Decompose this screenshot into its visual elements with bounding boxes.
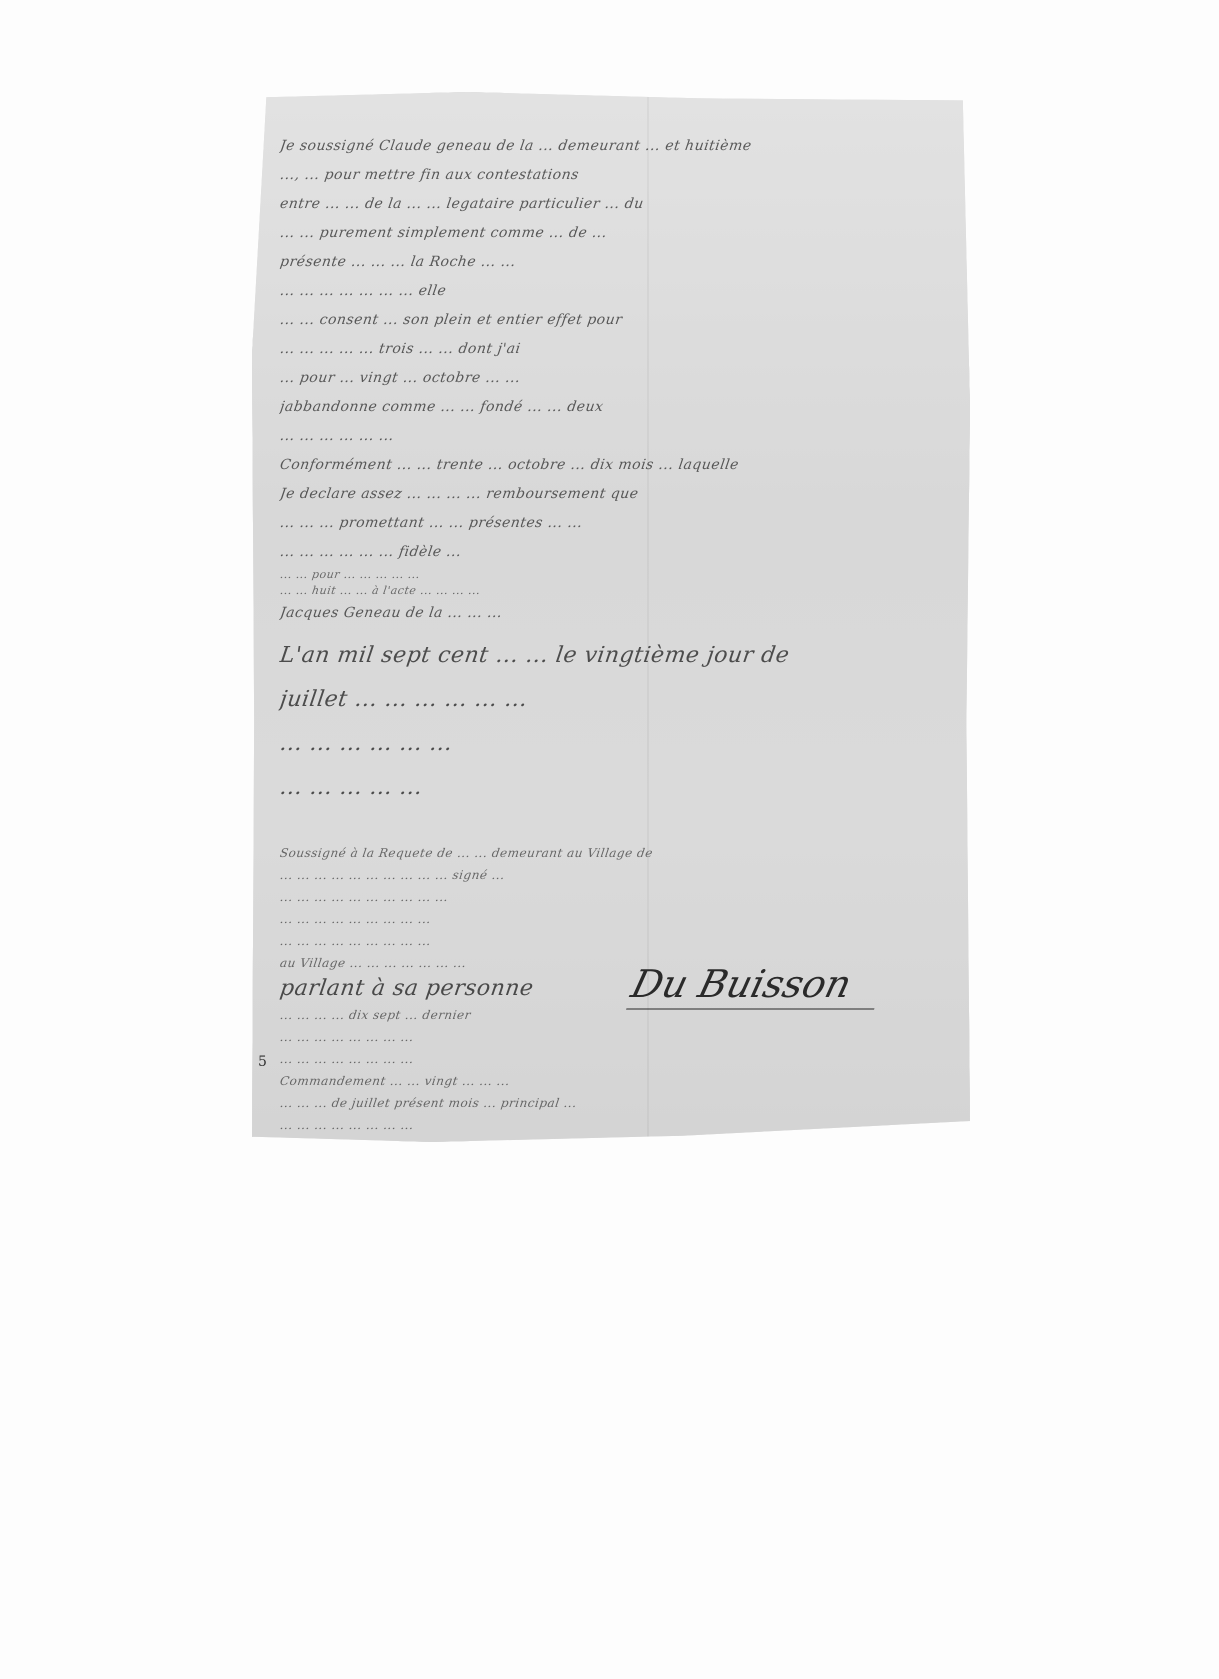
handwritten-line: effet ... ... ... ... ... ... ... [278,1180,951,1202]
handwritten-line: ... ... ... ... ... ... fidèle ... [278,538,952,567]
handwritten-line: juillet ... ... ... ... ... ... [277,678,953,722]
handwritten-line: ... ... ... ... ... ... [277,722,953,766]
handwritten-line: ... ... ... ... ... [277,766,953,810]
handwritten-line: Commandement ... ... vingt ... ... ... [278,1070,951,1092]
handwritten-line: ... ... huit ... ... à l'acte ... ... ..… [279,583,951,599]
handwritten-line: ... ... ... ... ... ... [278,422,952,451]
handwritten-line: ... pour ... vingt ... octobre ... ... [278,364,952,393]
handwritten-line: ..., ... pour mettre fin aux contestatio… [278,161,952,190]
handwritten-line: Je declare assez ... ... ... ... rembour… [278,480,952,509]
first-act-text: Je soussigné Claude geneau de la ... dem… [280,132,950,628]
handwritten-line: ... ... ... ... ... ... ... [278,1202,951,1224]
handwritten-line: ... ... ... de juillet présent mois ... … [278,1092,951,1114]
handwritten-line: ... ... ... promettant ... ... présentes… [278,509,952,538]
handwritten-line: Je soussigné Claude geneau de la ... dem… [278,132,952,161]
handwritten-line: entre ... ... de la ... ... legataire pa… [278,190,952,219]
handwritten-line: ... ... purement simplement comme ... de… [278,219,952,248]
signature: Du Buisson [626,962,886,1010]
handwritten-line: ... ... consent ... son plein et entier … [278,306,952,335]
handwritten-line: ... ... ... ... ... ... ... ... [278,1158,951,1180]
handwritten-line: ... ... ... ... ... ... ... ... ... ... [278,886,951,908]
handwritten-line: ... ... ... ... ... trois ... ... dont j… [278,335,952,364]
handwritten-line: ... ... ... ... ... ... ... ... [278,1136,951,1158]
handwritten-line: Conformément ... ... trente ... octobre … [278,451,952,480]
handwritten-line: Soussigné à la Requete de ... ... demeur… [278,842,951,864]
handwritten-line: ... ... ... ... ... ... ... [278,1224,951,1246]
handwritten-line: présente ... ... ... la Roche ... ... [278,248,952,277]
manuscript-text: Je soussigné Claude geneau de la ... dem… [280,132,950,1246]
manuscript-page: Je soussigné Claude geneau de la ... dem… [252,92,970,1142]
handwritten-line: ... ... ... ... ... ... ... ... ... [278,908,951,930]
handwritten-line: ... ... ... ... ... ... ... ... ... ... … [278,864,951,886]
handwritten-line: jabbandonne comme ... ... fondé ... ... … [278,393,952,422]
handwritten-line: ... ... pour ... ... ... ... ... [279,567,951,583]
handwritten-line: ... ... ... ... ... ... ... ... [278,1026,951,1048]
handwritten-line: ... ... ... ... ... ... ... elle [278,277,952,306]
date-entry-text: L'an mil sept cent ... ... le vingtième … [280,634,950,810]
handwritten-line: ... ... ... ... ... ... ... ... [278,1114,951,1136]
margin-mark: 5 [258,1054,267,1070]
handwritten-line: ... ... ... ... ... ... ... ... [278,1048,951,1070]
handwritten-line: Jacques Geneau de la ... ... ... [278,599,952,628]
handwritten-line: ... ... ... ... ... ... ... ... ... [278,930,951,952]
summons-text: Soussigné à la Requete de ... ... demeur… [280,842,950,1246]
handwritten-line: L'an mil sept cent ... ... le vingtième … [277,634,953,678]
